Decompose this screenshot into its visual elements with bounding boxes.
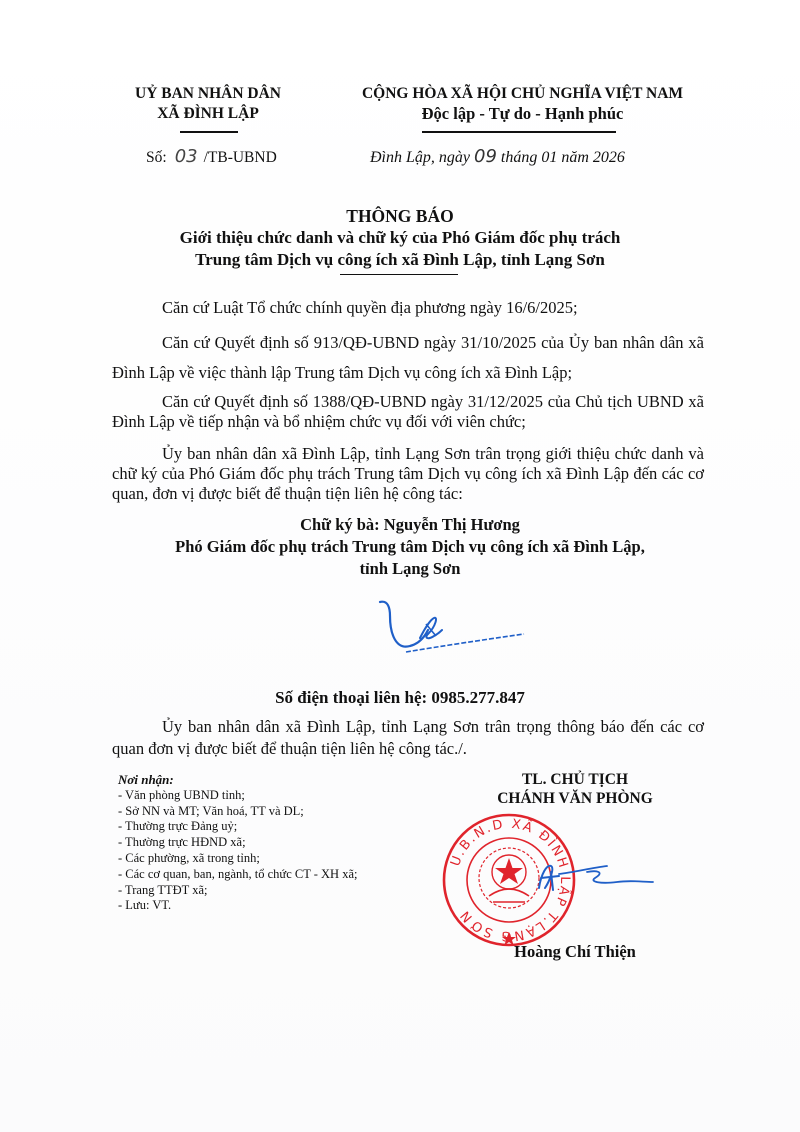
document-number: Số:03/TB-UBND bbox=[146, 146, 277, 167]
agency-line-1: UỶ BAN NHÂN DÂN bbox=[118, 84, 298, 104]
signature-owner-title-1: Phó Giám đốc phụ trách Trung tâm Dịch vụ… bbox=[150, 536, 670, 558]
recipient-item: - Các phường, xã trong tỉnh; bbox=[118, 851, 357, 867]
recipient-item: - Thường trực HĐND xã; bbox=[118, 835, 357, 851]
doc-number-suffix: /TB-UBND bbox=[204, 149, 277, 166]
date-suffix: tháng 01 năm 2026 bbox=[501, 149, 625, 166]
paragraph-introduction: Ủy ban nhân dân xã Đình Lập, tỉnh Lạng S… bbox=[112, 444, 704, 504]
signer-title-line-2: CHÁNH VĂN PHÒNG bbox=[470, 789, 680, 808]
signer-title: TL. CHỦ TỊCH CHÁNH VĂN PHÒNG bbox=[470, 770, 680, 808]
recipient-item: - Thường trực Đảng uỷ; bbox=[118, 819, 357, 835]
signature-owner: Chữ ký bà: Nguyễn Thị Hương bbox=[150, 514, 670, 536]
signature-owner-title-2: tỉnh Lạng Sơn bbox=[150, 558, 670, 580]
title-subject-line-2: Trung tâm Dịch vụ công ích xã Đình Lập, … bbox=[100, 249, 700, 271]
recipient-item: - Trang TTĐT xã; bbox=[118, 883, 357, 899]
paragraph-legal-basis-3: Căn cứ Quyết định số 1388/QĐ-UBND ngày 3… bbox=[112, 392, 704, 432]
paragraph-closing: Ủy ban nhân dân xã Đình Lập, tỉnh Lạng S… bbox=[112, 716, 704, 760]
recipients-heading: Nơi nhận: bbox=[118, 772, 357, 788]
title-heading: THÔNG BÁO bbox=[100, 205, 700, 227]
date-prefix: Đình Lập, ngày bbox=[370, 149, 470, 166]
motto-underline bbox=[422, 131, 616, 133]
signer-title-line-1: TL. CHỦ TỊCH bbox=[470, 770, 680, 789]
recipients-list: Nơi nhận: - Văn phòng UBND tỉnh; - Sở NN… bbox=[118, 772, 357, 914]
national-motto: CỘNG HÒA XÃ HỘI CHỦ NGHĨA VIỆT NAM Độc l… bbox=[330, 84, 715, 124]
document-date: Đình Lập, ngày 09 tháng 01 năm 2026 bbox=[370, 146, 625, 167]
document-title: THÔNG BÁO Giới thiệu chức danh và chữ ký… bbox=[100, 205, 700, 271]
paragraph-legal-basis-2: Căn cứ Quyết định số 913/QĐ-UBND ngày 31… bbox=[112, 328, 704, 388]
specimen-signature-icon bbox=[362, 594, 532, 654]
document-page: UỶ BAN NHÂN DÂN XÃ ĐÌNH LẬP CỘNG HÒA XÃ … bbox=[0, 0, 800, 1132]
paragraph-legal-basis-1: Căn cứ Luật Tổ chức chính quyền địa phươ… bbox=[112, 296, 704, 320]
issuing-agency: UỶ BAN NHÂN DÂN XÃ ĐÌNH LẬP bbox=[118, 84, 298, 124]
date-day-handwritten: 09 bbox=[474, 146, 497, 167]
recipient-item: - Các cơ quan, ban, ngành, tổ chức CT - … bbox=[118, 867, 357, 883]
doc-number-label: Số: bbox=[146, 149, 167, 166]
title-subject-line-1: Giới thiệu chức danh và chữ ký của Phó G… bbox=[100, 227, 700, 249]
motto: Độc lập - Tự do - Hạnh phúc bbox=[330, 104, 715, 124]
recipient-item: - Văn phòng UBND tỉnh; bbox=[118, 788, 357, 804]
signature-specimen-block: Chữ ký bà: Nguyễn Thị Hương Phó Giám đốc… bbox=[150, 514, 670, 580]
signer-name: Hoàng Chí Thiện bbox=[470, 942, 680, 962]
agency-line-2: XÃ ĐÌNH LẬP bbox=[118, 104, 298, 124]
nation-name: CỘNG HÒA XÃ HỘI CHỦ NGHĨA VIỆT NAM bbox=[330, 84, 715, 104]
recipient-item: - Lưu: VT. bbox=[118, 898, 357, 914]
doc-number-handwritten: 03 bbox=[175, 146, 198, 167]
recipient-item: - Sở NN và MT; Văn hoá, TT và DL; bbox=[118, 804, 357, 820]
title-underline bbox=[340, 274, 458, 275]
agency-underline bbox=[180, 131, 238, 133]
signer-signature-icon bbox=[535, 858, 655, 894]
contact-phone: Số điện thoại liên hệ: 0985.277.847 bbox=[100, 688, 700, 708]
